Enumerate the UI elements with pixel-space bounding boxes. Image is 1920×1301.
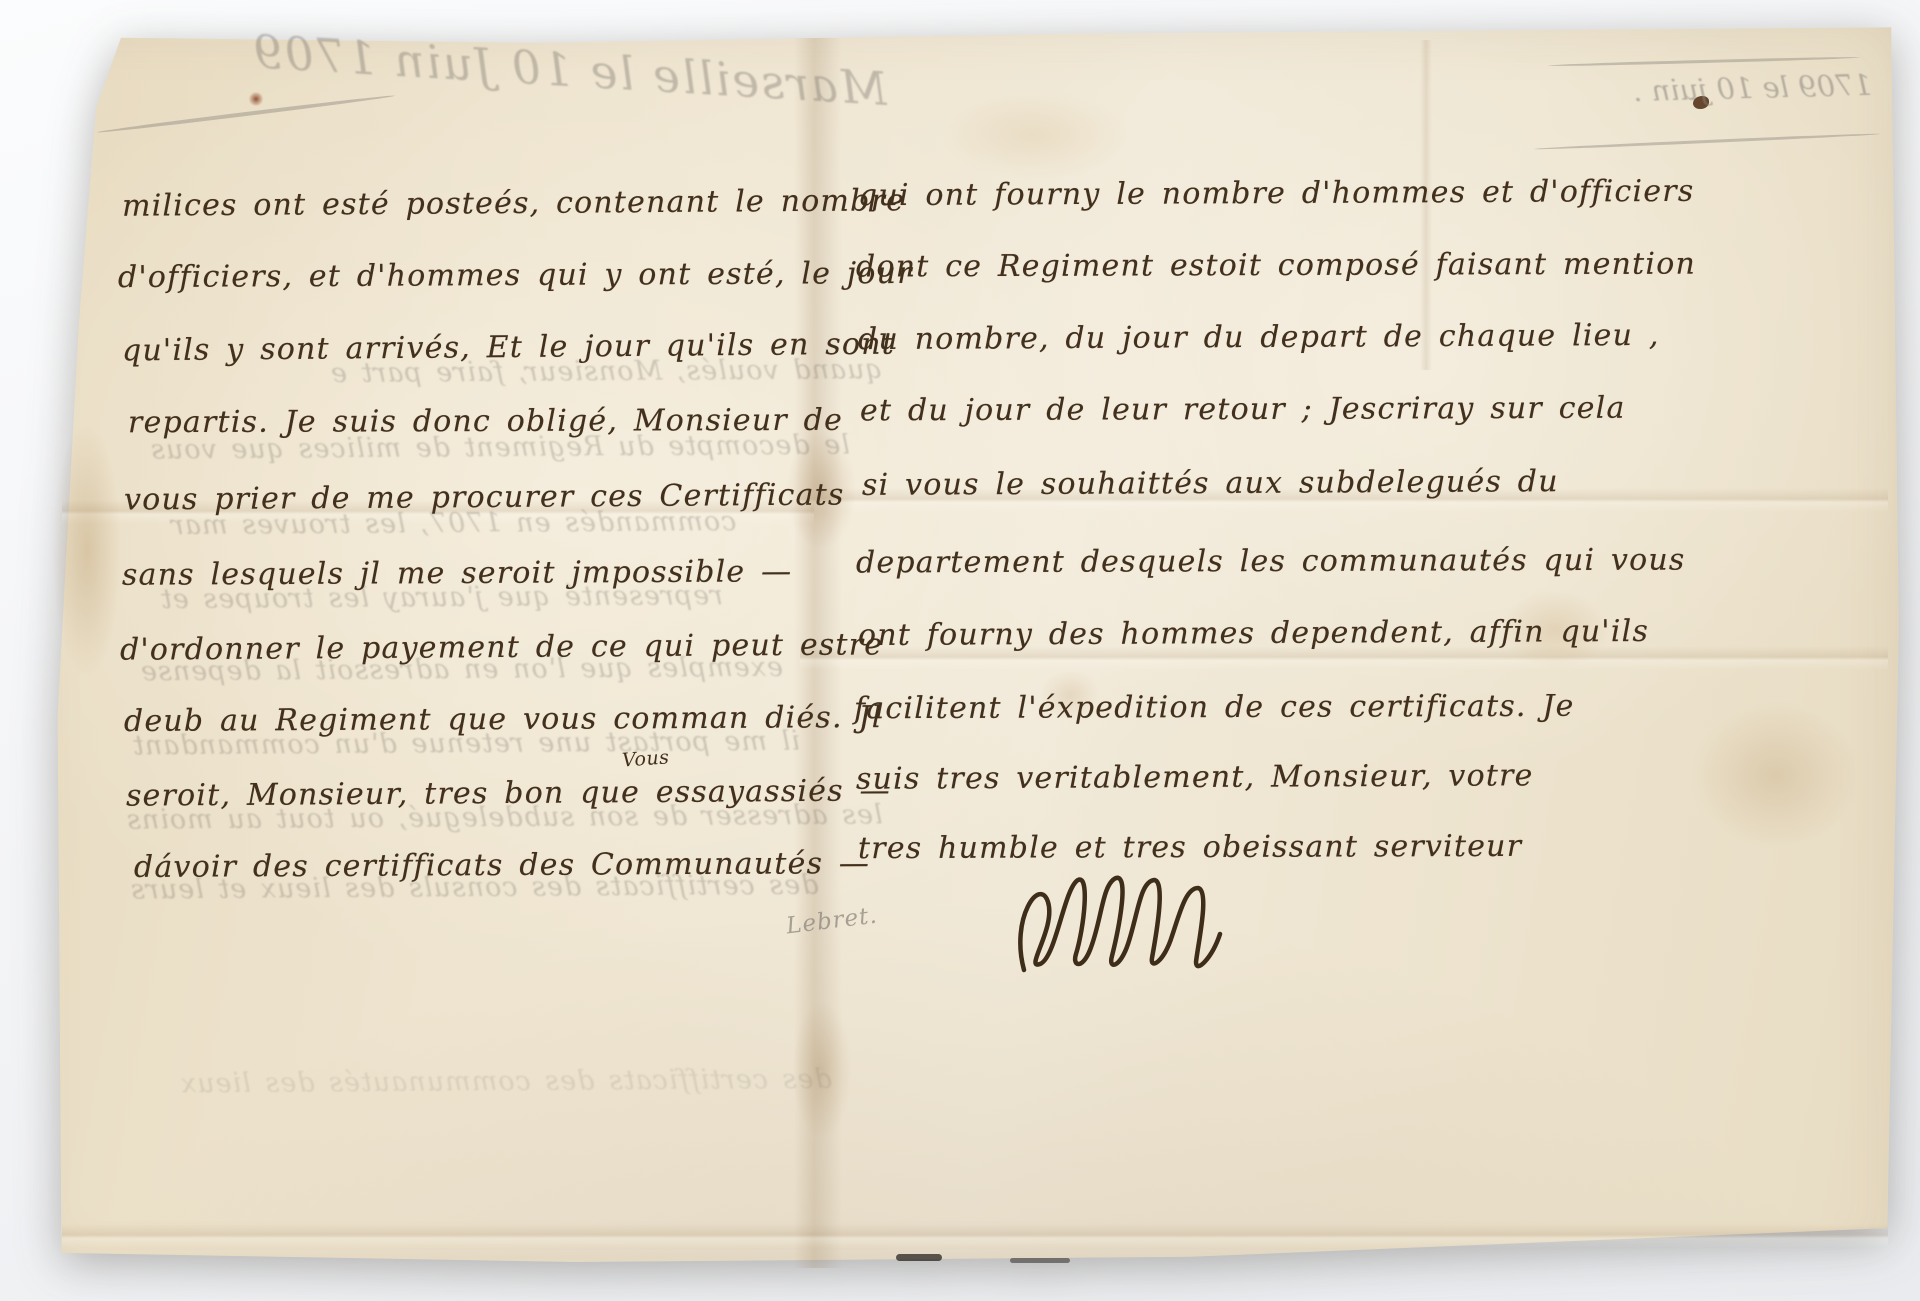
manuscript-line: departement desquels les communautés qui…	[856, 543, 1686, 581]
manuscript-line: qu'ils y sont arrivés, Et le jour qu'ils…	[122, 327, 895, 369]
manuscript-line: et du jour de leur retour ; Jescriray su…	[860, 391, 1626, 429]
manuscript-line: milices ont esté posteés, contenant le n…	[122, 183, 905, 223]
manuscript-line: d'ordonner le payement de ce qui peut es…	[120, 627, 883, 667]
signature-flourish-icon	[1006, 858, 1246, 988]
manuscript-line: sans lesquels jl me seroit jmpossible —	[122, 554, 792, 593]
manuscript-line: si vous le souhaittés aux subdelegués du	[862, 464, 1559, 503]
paper-sheet: Marseille le 10 Juin 1709 1709 le 10 jui…	[0, 0, 1920, 1301]
show-through-line: des certifficats des communautés des lie…	[180, 1064, 832, 1100]
manuscript-line: vous prier de me procurer ces Certiffica…	[124, 477, 845, 517]
photograph-of-letter: Marseille le 10 Juin 1709 1709 le 10 jui…	[0, 0, 1920, 1301]
signature-lebret	[1006, 858, 1246, 992]
manuscript-line: ont fourny des hommes dependent, affin q…	[858, 614, 1649, 653]
manuscript-line: dávoir des certifficats des Communautés …	[134, 846, 870, 885]
interline-insert-word: Vous	[621, 746, 670, 771]
manuscript-line: facilitent l'éxpedition de ces certifica…	[854, 689, 1575, 727]
manuscript-line: d'officiers, et d'hommes qui y ont esté,…	[118, 256, 913, 295]
manuscript-line: du nombre, du jour du depart de chaque l…	[858, 318, 1660, 357]
manuscript-line: deub au Regiment que vous comman diés. J…	[124, 700, 883, 739]
manuscript-line: seroit, Monsieur, tres bon que essayassi…	[126, 773, 891, 813]
manuscript-line: suis tres veritablement, Monsieur, votre	[856, 758, 1534, 797]
manuscript-line: qui ont fourny le nombre d'hommes et d'o…	[858, 174, 1695, 213]
manuscript-line: repartis. Je suis donc obligé, Monsieur …	[128, 403, 843, 440]
manuscript-line: dont ce Regiment estoit composé faisant …	[856, 247, 1696, 285]
bottom-edge-smudge	[1010, 1258, 1070, 1263]
